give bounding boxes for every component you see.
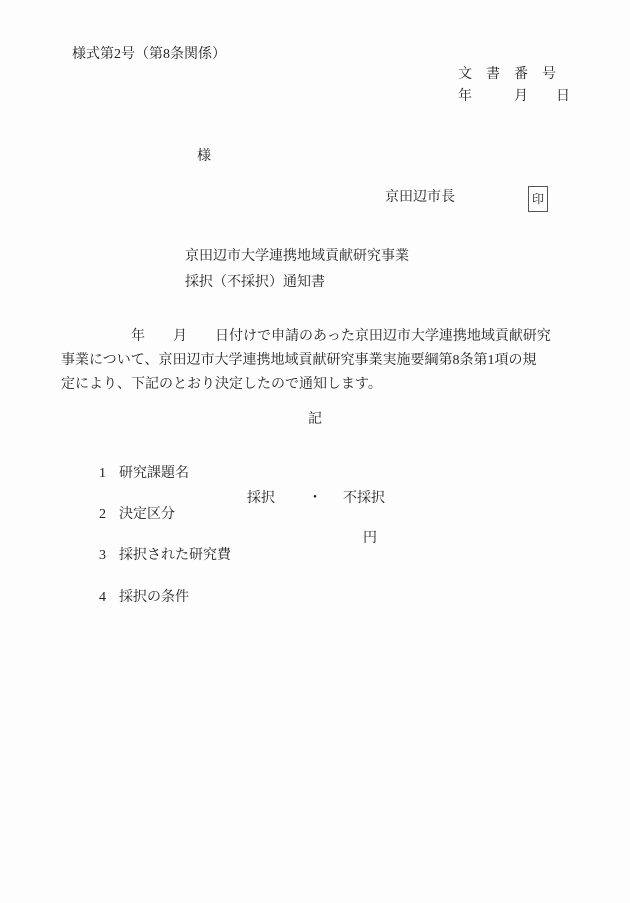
item-number: 2 (99, 507, 119, 523)
decision-option-separator-dot: ・ (308, 491, 322, 507)
decision-option-accept: 採択 (247, 491, 275, 507)
item-number: 1 (99, 466, 119, 482)
seal-character: 印 (532, 193, 544, 205)
form-number-label: 様式第2号（第8条関係） (72, 47, 226, 63)
item-label: 決定区分 (119, 507, 175, 522)
currency-unit-label: 円 (363, 531, 377, 547)
item-number: 4 (99, 590, 119, 606)
date-placeholder: 年 月 日 (458, 89, 570, 105)
document-title-line-1: 京田辺市大学連携地域貢献研究事業 (185, 249, 409, 265)
seal-stamp-box: 印 (528, 186, 548, 212)
addressee-honorific: 様 (197, 149, 211, 165)
list-item-3: 3採択された研究費 (85, 532, 231, 580)
record-marker: 記 (0, 412, 630, 428)
document-title-line-2: 採択（不採択）通知書 (185, 275, 325, 291)
notice-document-page: 様式第2号（第8条関係） 文 書 番 号 年 月 日 様 京田辺市長 印 京田辺… (0, 0, 630, 903)
list-item-4: 4採択の条件 (85, 574, 189, 622)
item-label: 採択された研究費 (119, 548, 231, 563)
body-line-3: 定により、下記のとおり決定したので通知します。 (61, 377, 382, 393)
sender-title: 京田辺市長 (385, 190, 455, 206)
body-line-1: 年 月 日付けで申請のあった京田辺市大学連携地域貢献研究 (61, 329, 551, 345)
body-line-2: 事業について、京田辺市大学連携地域貢献研究事業実施要綱第8条第1項の規 (61, 353, 536, 369)
item-number: 3 (99, 548, 119, 564)
document-number-placeholder: 文 書 番 号 (458, 67, 556, 83)
decision-option-reject: 不採択 (343, 491, 385, 507)
item-label: 採択の条件 (119, 590, 189, 605)
item-label: 研究課題名 (119, 466, 189, 481)
